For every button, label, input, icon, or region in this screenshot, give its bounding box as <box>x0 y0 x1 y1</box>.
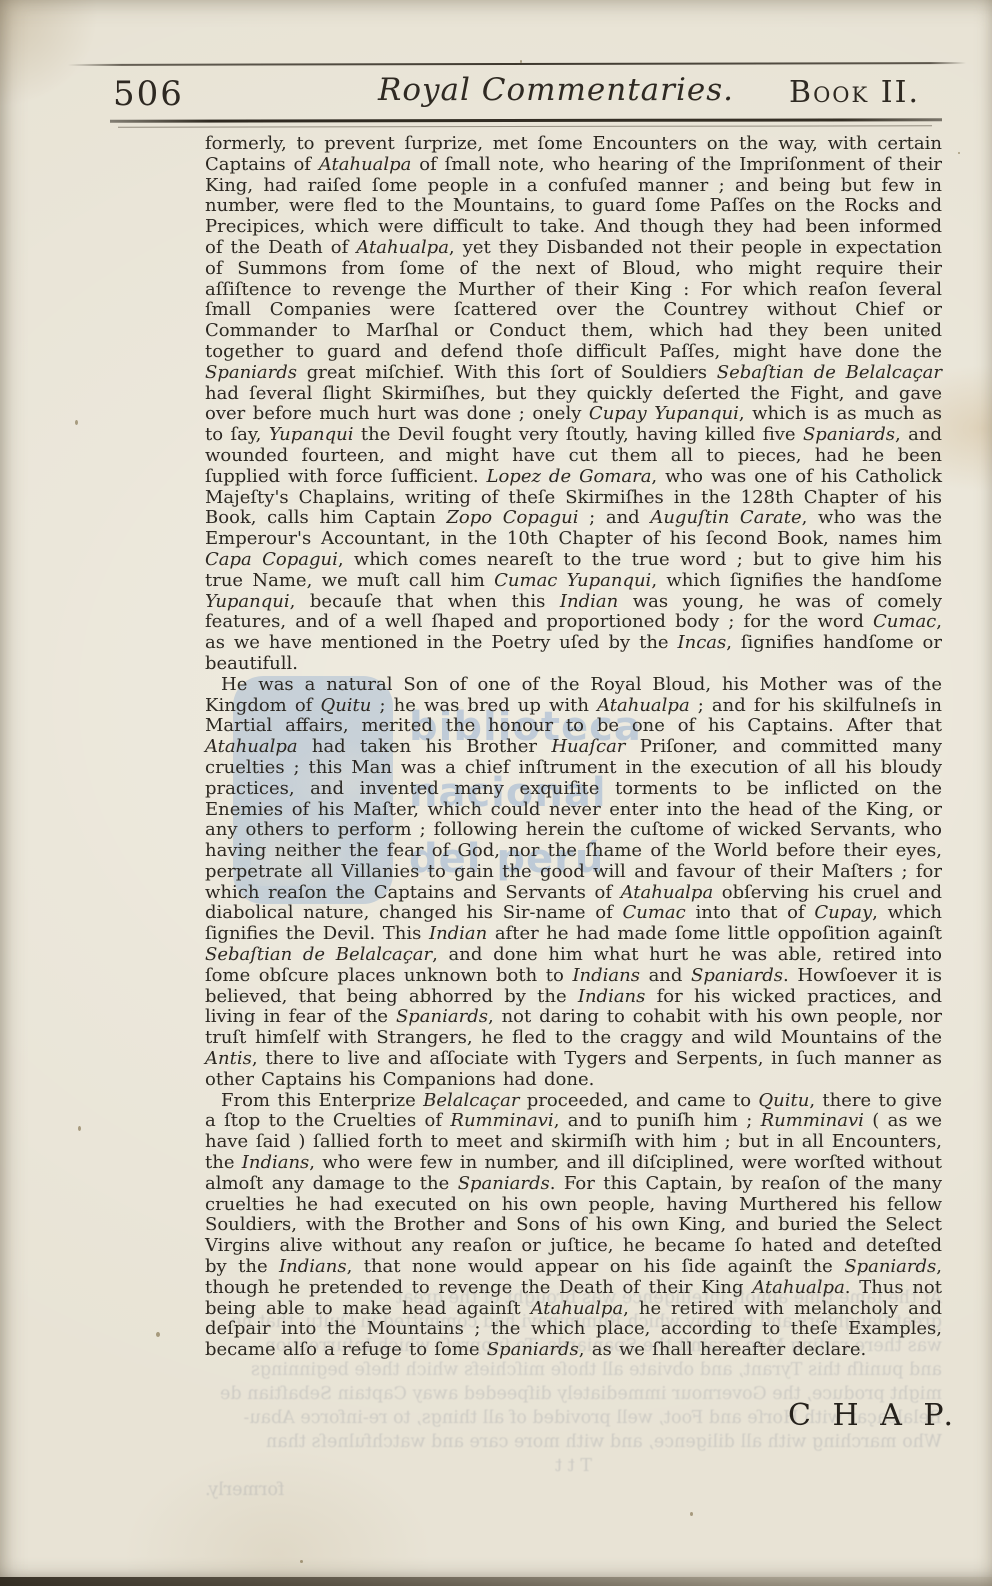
running-title: Royal Commentaries. <box>378 72 734 108</box>
italic-text-run: Zopo Copagui <box>446 507 578 528</box>
text-run: Priſoner, and committed many cruelties ;… <box>205 736 942 903</box>
italic-text-run: Indian <box>429 923 487 944</box>
italic-text-run: Cumac Yupanqui <box>494 570 651 591</box>
header-bottom-rule <box>110 118 942 122</box>
italic-text-run: Indians <box>572 965 640 986</box>
italic-text-run: Lopez de Gomara <box>487 466 652 487</box>
italic-text-run: Cumac <box>873 611 936 632</box>
italic-text-run: Atahualpa <box>531 1298 624 1319</box>
catchword: C H A P. <box>788 1398 959 1433</box>
italic-text-run: Yupanqui <box>205 591 290 612</box>
italic-text-run: Belalcaçar <box>423 1090 519 1111</box>
text-run: , which ſignifies the handſome <box>651 570 942 591</box>
italic-text-run: Indians <box>279 1256 347 1277</box>
italic-text-run: Atahualpa <box>752 1277 845 1298</box>
bleedthrough-line: Who marching with all diligence, and wit… <box>205 1430 942 1454</box>
italic-text-run: Yupanqui <box>269 424 354 445</box>
text-run: From this Enterprize <box>221 1090 423 1111</box>
text-run: , and to puniſh him ; <box>554 1110 761 1131</box>
italic-text-run: Rumminavi <box>450 1110 553 1131</box>
header-bottom-rule-echo <box>118 125 932 127</box>
text-run: after he had made ſome little oppoſition… <box>487 923 942 944</box>
italic-text-run: Atahualpa <box>621 882 714 903</box>
italic-text-run: Spaniards <box>487 1339 579 1360</box>
page-bottom-edge <box>0 1577 992 1586</box>
text-run: the Devil fought very ſtoutly, having ki… <box>353 424 803 445</box>
text-run: into that of <box>686 902 815 923</box>
italic-text-run: Rumminavi <box>761 1110 864 1131</box>
italic-text-run: Quitu <box>758 1090 809 1111</box>
italic-text-run: Cupay Yupanqui <box>589 403 739 424</box>
italic-text-run: Spaniards <box>803 424 895 445</box>
italic-text-run: Indians <box>242 1152 310 1173</box>
book-label: Book II. <box>789 75 920 110</box>
italic-text-run: Quitu <box>320 695 371 716</box>
italic-text-run: Cumac <box>623 902 686 923</box>
bleedthrough-line: and puniſh this Tyrant, and obviate all … <box>205 1358 942 1382</box>
text-run: , becauſe that when this <box>290 591 560 612</box>
ink-speck <box>690 1512 693 1516</box>
paragraph: From this Enterprize Belalcaçar proceede… <box>205 1091 942 1361</box>
italic-text-run: Atahualpa <box>205 736 298 757</box>
italic-text-run: Spaniards <box>691 965 783 986</box>
italic-text-run: Sebaſtian de Belalcaçar <box>205 944 432 965</box>
italic-text-run: Antis <box>205 1048 252 1069</box>
ink-speck <box>958 152 960 154</box>
italic-text-run: Atahualpa <box>319 154 412 175</box>
body-text: formerly, to prevent ſurprize, met ſome … <box>205 134 942 1361</box>
book-page: 506 Royal Commentaries. Book II. bibliot… <box>0 0 992 1586</box>
text-run: , there to live and aſſociate with Tyger… <box>205 1048 942 1090</box>
text-run: great miſchief. With this ſort of Souldi… <box>297 362 717 383</box>
text-run: and <box>640 965 691 986</box>
ink-speck <box>156 1332 160 1337</box>
text-run: proceeded, and came to <box>519 1090 758 1111</box>
page-number: 506 <box>113 74 184 114</box>
text-run: ; he was bred up with <box>371 695 597 716</box>
italic-text-run: Capa Copagui <box>205 549 338 570</box>
paragraph: formerly, to prevent ſurprize, met ſome … <box>205 134 942 675</box>
bleedthrough-line: formerly. <box>205 1478 942 1502</box>
ink-speck <box>78 1126 81 1131</box>
italic-text-run: Atahualpa <box>356 237 449 258</box>
italic-text-run: Huaſcar <box>551 736 625 757</box>
ink-speck <box>300 1560 303 1563</box>
text-run: ; and <box>579 507 651 528</box>
paragraph: He was a natural Son of one of the Royal… <box>205 675 942 1091</box>
italic-text-run: Sebaſtian de Belalcaçar <box>717 362 942 383</box>
italic-text-run: Auguſtin Carate <box>650 507 801 528</box>
italic-text-run: Atahualpa <box>597 695 690 716</box>
italic-text-run: Incas <box>677 632 726 653</box>
text-run: had taken his Brother <box>298 736 552 757</box>
ink-speck <box>75 420 78 425</box>
italic-text-run: Spaniards <box>844 1256 936 1277</box>
text-run: , as we ſhall hereafter declare. <box>579 1339 866 1360</box>
italic-text-run: Spaniards <box>458 1173 550 1194</box>
italic-text-run: Spaniards <box>205 362 297 383</box>
ink-speck <box>520 60 522 63</box>
text-run: , that none would appear on his ſide aga… <box>347 1256 845 1277</box>
italic-text-run: Indians <box>578 986 646 1007</box>
italic-text-run: Cupay <box>814 902 872 923</box>
italic-text-run: Spaniards <box>396 1006 488 1027</box>
header-top-rule <box>68 62 966 66</box>
bleedthrough-line: T t t <box>205 1454 942 1478</box>
italic-text-run: Indian <box>560 591 618 612</box>
